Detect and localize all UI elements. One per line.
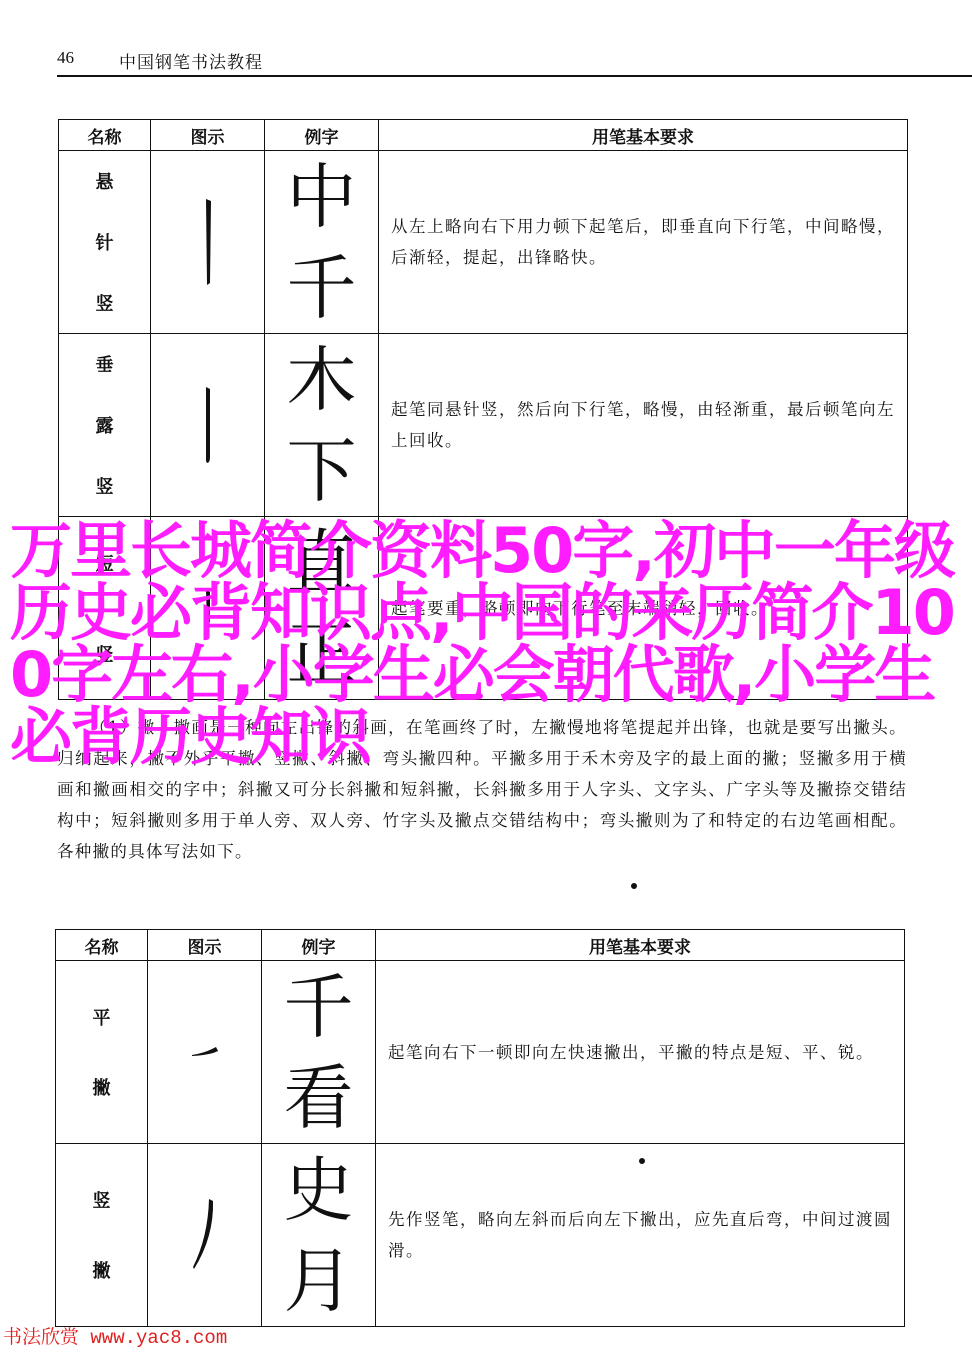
stroke-figure-cell (151, 151, 265, 334)
page-header: 46 中国钢笔书法教程 (57, 46, 972, 76)
example-char: 史 (284, 1155, 354, 1225)
requirement-text: 先作竖笔，略向左斜而后向左下撇出，应先直后弯，中间过渡圆滑。 (376, 1144, 905, 1327)
stroke-name-char: 撇 (93, 1257, 111, 1283)
vertical-stroke-icon (198, 385, 218, 465)
column-header-name: 名称 (59, 120, 151, 151)
vertical-stroke-icon (198, 197, 218, 287)
column-header-name: 名称 (56, 930, 148, 961)
column-header-example: 例字 (265, 120, 379, 151)
example-char: 千 (287, 253, 357, 323)
stroke-figure-cell (148, 1144, 262, 1327)
table-row: 悬 针 竖 中 千 从左上略向右下用力顿下起笔后，即垂直向下行笔，中间略慢，后渐… (59, 151, 908, 334)
column-header-requirement: 用笔基本要求 (376, 930, 905, 961)
stroke-name-char: 竖 (96, 290, 114, 316)
table-row: 竖 撇 史 月 先作竖笔，略向左斜而后向左下撇出，应先直后弯，中间过渡圆滑。 (56, 1144, 905, 1327)
requirement-text: 起笔同悬针竖，然后向下行笔，略慢，由轻渐重，最后顿笔向左上回收。 (379, 334, 908, 517)
example-char: 月 (284, 1246, 354, 1316)
stroke-name-char: 竖 (96, 473, 114, 499)
requirement-text: 起笔向右下一顿即向左快速撇出，平撇的特点是短、平、锐。 (376, 961, 905, 1144)
requirement-text: 从左上略向右下用力顿下起笔后，即垂直向下行笔，中间略慢，后渐轻，提起，出锋略快。 (379, 151, 908, 334)
column-header-figure: 图示 (151, 120, 265, 151)
column-header-requirement: 用笔基本要求 (379, 120, 908, 151)
ink-dot (631, 883, 637, 889)
example-chars-cell: 木 下 (265, 334, 379, 517)
stroke-name-char: 针 (96, 229, 114, 255)
stroke-name-char: 竖 (93, 1187, 111, 1213)
example-char: 中 (287, 162, 357, 232)
page-number: 46 (57, 48, 74, 68)
example-char: 木 (287, 345, 357, 415)
book-title: 中国钢笔书法教程 (119, 48, 263, 73)
header-rule (57, 75, 972, 77)
example-char: 看 (284, 1063, 354, 1133)
stroke-name-cell: 垂 露 竖 (59, 334, 151, 517)
stroke-figure-cell (148, 961, 262, 1144)
stroke-name-cell: 平 撇 (56, 961, 148, 1144)
example-char: 千 (284, 972, 354, 1042)
example-chars-cell: 中 千 (265, 151, 379, 334)
table-header-row: 名称 图示 例字 用笔基本要求 (59, 120, 908, 151)
stroke-name-char: 悬 (96, 168, 114, 194)
table-row: 垂 露 竖 木 下 起笔同悬针竖，然后向下行笔，略慢，由轻渐重，最后顿笔向左上回… (59, 334, 908, 517)
example-chars-cell: 史 月 (262, 1144, 376, 1327)
stroke-name-cell: 悬 针 竖 (59, 151, 151, 334)
column-header-example: 例字 (262, 930, 376, 961)
column-header-figure: 图示 (148, 930, 262, 961)
stroke-figure-cell (151, 334, 265, 517)
table-row: 平 撇 千 看 起笔向右下一顿即向左快速撇出，平撇的特点是短、平、锐。 (56, 961, 905, 1144)
overlay-title: 万里长城简介资料50字,初中一年级历史必背知识点,中国的来历简介100字左右,小… (10, 520, 965, 768)
stroke-table-left-falling: 名称 图示 例字 用笔基本要求 平 撇 千 看 起笔向右下一顿即向左快速撇出，平… (55, 929, 905, 1327)
stroke-name-char: 平 (93, 1004, 111, 1030)
example-char: 下 (287, 436, 357, 506)
example-chars-cell: 千 看 (262, 961, 376, 1144)
stroke-name-char: 垂 (96, 351, 114, 377)
watermark: 书法欣赏 www.yac8.com (3, 1322, 227, 1349)
ink-dot (639, 1158, 645, 1164)
vertical-left-falling-stroke-icon (190, 1197, 220, 1273)
flat-left-falling-stroke-icon (190, 1045, 220, 1059)
table-header-row: 名称 图示 例字 用笔基本要求 (56, 930, 905, 961)
stroke-name-cell: 竖 撇 (56, 1144, 148, 1327)
stroke-name-char: 撇 (93, 1074, 111, 1100)
stroke-name-char: 露 (96, 412, 114, 438)
